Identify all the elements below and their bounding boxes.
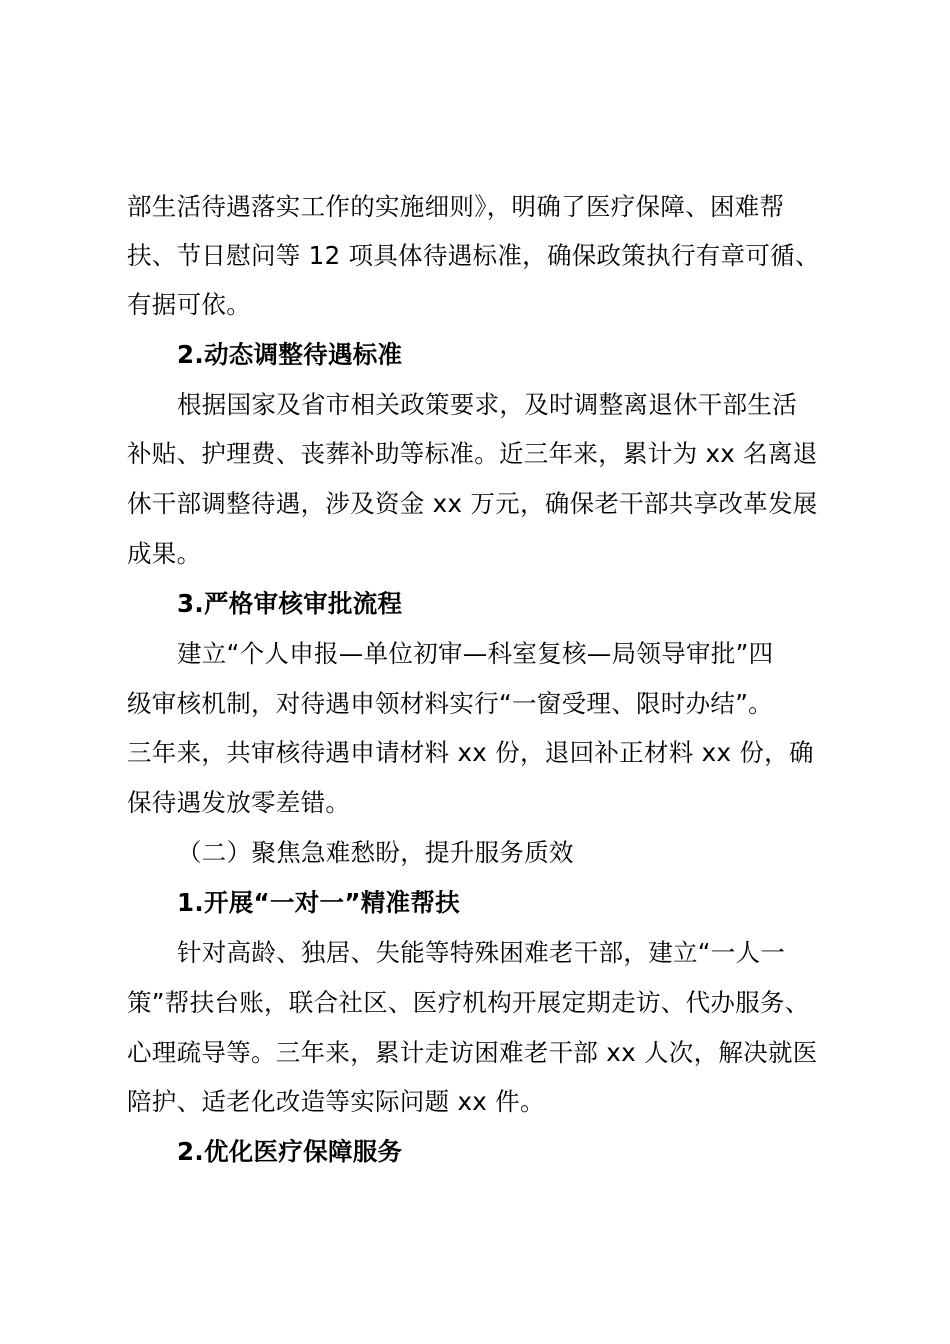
body-line: 部生活待遇落实工作的实施细则》，明确了医疗保障、困难帮	[127, 192, 784, 222]
body-line: 心理疏导等。三年来，累计走访困难老干部 xx 人次，解决就医	[127, 1038, 818, 1068]
body-line: 针对高龄、独居、失能等特殊困难老干部，建立“一人一	[177, 938, 785, 968]
body-line: 有据可依。	[127, 290, 251, 320]
body-line: 策”帮扶台账，联合社区、医疗机构开展定期走访、代办服务、	[127, 988, 810, 1018]
section-heading-two: （二）聚焦急难愁盼，提升服务质效	[177, 838, 574, 868]
body-line: 级审核机制，对待遇申领材料实行“一窗受理、限时办结”。	[127, 689, 773, 719]
body-line: 保待遇发放零差错。	[127, 788, 350, 818]
subheading-medical-service: 2.优化医疗保障服务	[177, 1137, 402, 1167]
body-line: 补贴、护理费、丧葬补助等标准。近三年来，累计为 xx 名离退	[127, 439, 818, 469]
subheading-one-on-one-help: 1.开展“一对一”精准帮扶	[177, 888, 460, 918]
document-page: 部生活待遇落实工作的实施细则》，明确了医疗保障、困难帮 扶、节日慰问等 12 项…	[0, 0, 950, 1344]
body-line: 陪护、适老化改造等实际问题 xx 件。	[127, 1087, 545, 1117]
body-line: 三年来，共审核待遇申请材料 xx 份，退回补正材料 xx 份，确	[127, 738, 814, 768]
body-line: 成果。	[127, 539, 201, 569]
subheading-adjust-standards: 2.动态调整待遇标准	[177, 340, 402, 370]
body-line: 休干部调整待遇，涉及资金 xx 万元，确保老干部共享改革发展	[127, 489, 818, 519]
body-line: 建立“个人申报—单位初审—科室复核—局领导审批”四	[177, 639, 773, 669]
body-line: 扶、节日慰问等 12 项具体待遇标准，确保政策执行有章可循、	[127, 241, 820, 271]
body-line: 根据国家及省市相关政策要求，及时调整离退休干部生活	[177, 390, 797, 420]
subheading-review-process: 3.严格审核审批流程	[177, 589, 402, 619]
